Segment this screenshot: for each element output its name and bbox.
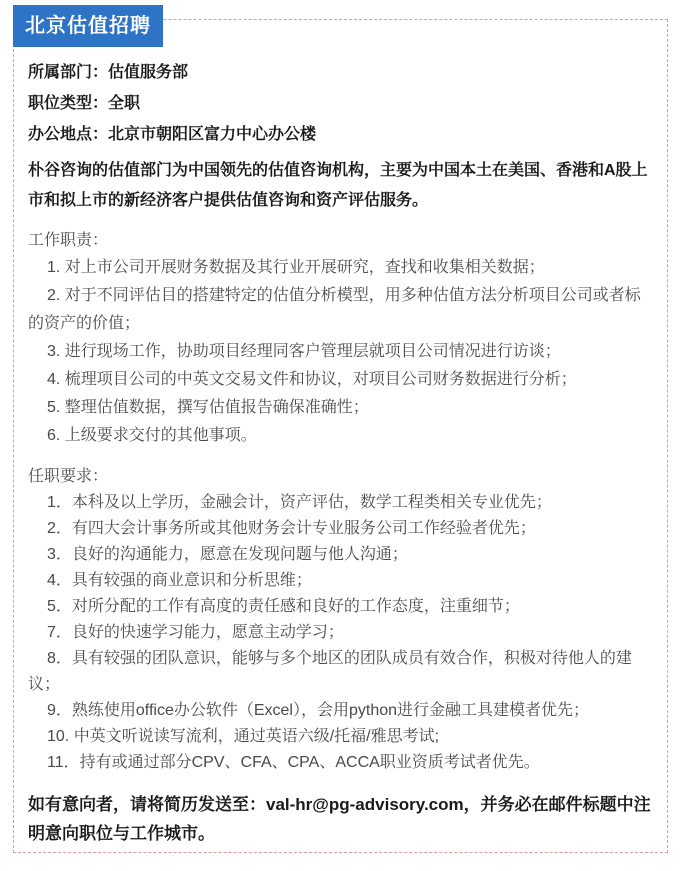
list-item: 11．持有或通过部分CPV、CFA、CPA、ACCA职业资质考试者优先。: [28, 750, 653, 776]
responsibilities-list: 1. 对上市公司开展财务数据及其行业开展研究，查找和收集相关数据；2. 对于不同…: [28, 254, 653, 450]
list-item: 3. 进行现场工作，协助项目经理同客户管理层就项目公司情况进行访谈；: [28, 338, 653, 366]
content-frame: 所属部门：估值服务部 职位类型：全职 办公地点：北京市朝阳区富力中心办公楼 朴谷…: [13, 19, 668, 853]
list-item: 1．本科及以上学历，金融会计，资产评估，数学工程类相关专业优先；: [28, 490, 653, 516]
company-intro: 朴谷咨询的估值部门为中国领先的估值咨询机构，主要为中国本土在美国、香港和A股上市…: [28, 156, 653, 216]
list-item: 4. 梳理项目公司的中英文交易文件和协议，对项目公司财务数据进行分析；: [28, 366, 653, 394]
city-badge: 北京估值招聘: [13, 5, 163, 47]
department-line: 所属部门：估值服务部: [28, 57, 653, 88]
job-type-line: 职位类型：全职: [28, 88, 653, 119]
job-posting-page: 北京估值招聘 所属部门：估值服务部 职位类型：全职 办公地点：北京市朝阳区富力中…: [0, 0, 683, 871]
list-item: 6. 上级要求交付的其他事项。: [28, 422, 653, 450]
list-item: 5．对所分配的工作有高度的责任感和良好的工作态度，注重细节；: [28, 594, 653, 620]
list-item: 2．有四大会计事务所或其他财务会计专业服务公司工作经验者优先；: [28, 516, 653, 542]
list-item: 7．良好的快速学习能力，愿意主动学习；: [28, 620, 653, 646]
list-item: 4．具有较强的商业意识和分析思维；: [28, 568, 653, 594]
requirements-list: 1．本科及以上学历，金融会计，资产评估，数学工程类相关专业优先；2．有四大会计事…: [28, 490, 653, 776]
responsibilities-heading: 工作职责：: [28, 228, 653, 254]
list-item: 1. 对上市公司开展财务数据及其行业开展研究，查找和收集相关数据；: [28, 254, 653, 282]
requirements-heading: 任职要求：: [28, 464, 653, 490]
list-item: 3．良好的沟通能力，愿意在发现问题与他人沟通；: [28, 542, 653, 568]
list-item: 5. 整理估值数据，撰写估值报告确保准确性；: [28, 394, 653, 422]
list-item: 2. 对于不同评估目的搭建特定的估值分析模型，用多种估值方法分析项目公司或者标的…: [28, 282, 653, 338]
list-item: 8．具有较强的团队意识，能够与多个地区的团队成员有效合作，积极对待他人的建议；: [28, 646, 653, 698]
list-item: 9．熟练使用office办公软件（Excel），会用python进行金融工具建模…: [28, 698, 653, 724]
application-instructions: 如有意向者，请将简历发送至：val-hr@pg-advisory.com，并务必…: [28, 790, 653, 848]
location-line: 办公地点：北京市朝阳区富力中心办公楼: [28, 119, 653, 150]
list-item: 10. 中英文听说读写流利，通过英语六级/托福/雅思考试;: [28, 724, 653, 750]
